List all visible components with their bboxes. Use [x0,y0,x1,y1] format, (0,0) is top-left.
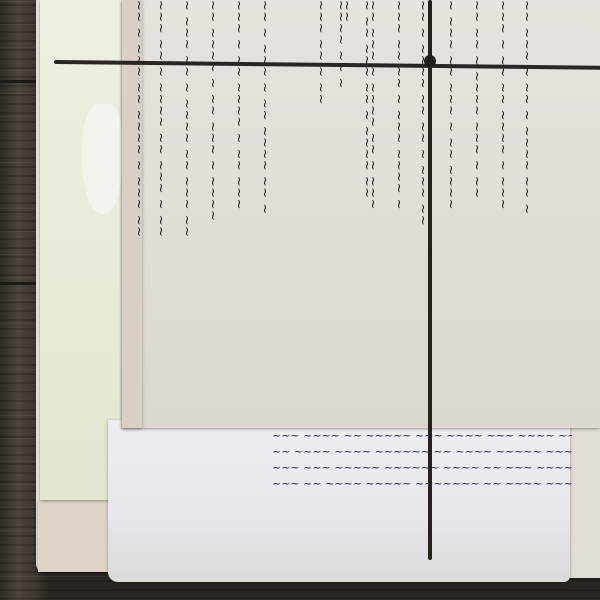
script-column: ~ ~~~ ~~ ~ ~~~~ ~~ ~~~ ~~ [176,0,196,270]
script-column: ~ ~~~ ~~ ~~~ ~ ~~ ~~~~ [440,0,460,300]
script-line: ~~~ ~~ ~~~~ ~~~~~ ~~~~~~~ ~~ ~~~~ ~~~~~ [272,476,572,492]
script-column: ~~~ ~ ~~ ~~~~ ~ ~~ ~~~ [228,0,248,290]
script-column: ~~ ~~~ ~ ~~ ~ ~~~~ ~~ ~ [516,0,536,250]
paper-tear [82,104,122,214]
script-column: ~~ ~ ~~~ ~~ ~~~~ ~ ~~~ ~~ [128,0,148,250]
script-line: ~~~ ~~~~ ~~ ~~~~~ ~~~ ~~~~ ~~~ ~~~~ ~~~ [272,428,572,444]
string-knot [424,55,436,67]
script-line: ~~ ~~~~ ~~~~ ~~~~~~ ~~ ~~~~ ~~~~~ ~~~ ~~… [272,444,572,460]
manuscript-lower-text: ~~~ ~~~~ ~~ ~~~~~ ~~~ ~~~~ ~~~ ~~~~ ~~~ … [272,428,572,492]
script-column: ~~ ~~~~ ~ ~~ ~~~ ~ ~~~~ [202,0,222,280]
script-column: ~~ ~~~ ~ ~~~~ ~~ ~ ~~~ [362,0,382,300]
script-line: ~~~ ~~~ ~~~~~ ~~~~~~ ~~~~ ~~ ~~~ ~~~~~ [272,460,572,476]
script-column: ~~~ ~~ ~ ~~~~ ~~ ~~~ ~ ~~ [150,0,170,260]
photo-scene: ~~ ~ ~~~ ~~ ~~~~ ~ ~~~ ~~ ~~~ ~~ ~ ~~~~ … [0,0,600,600]
script-column: ~~~ ~ ~~ ~~ ~~~~ ~ ~~~ [492,0,512,270]
string-vertical [428,0,432,560]
script-column: ~~ ~~ ~ ~~~~ ~~~ ~ ~~ [466,0,486,300]
script-column: ~~ ~ ~~~ ~ ~~ ~~~~ ~~ ~ [254,0,274,300]
script-column: ~~~ ~~ ~~ ~ ~~~ ~~~~ ~ [388,0,408,300]
